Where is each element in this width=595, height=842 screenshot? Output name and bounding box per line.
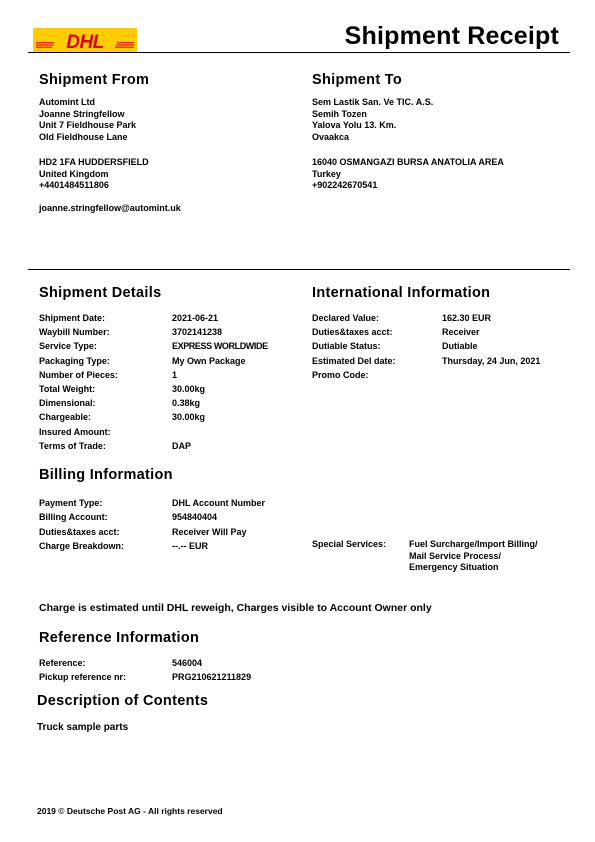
intl-label: Dutiable Status: (312, 339, 442, 353)
special-services-label: Special Services: (312, 539, 386, 551)
sender-address-line-2: Old Fieldhouse Lane (39, 132, 136, 144)
contents-description: Truck sample parts (37, 722, 128, 733)
shipment-details-table: Shipment Date:2021-06-21 Waybill Number:… (39, 311, 268, 453)
shipment-details-heading: Shipment Details (39, 285, 161, 301)
billing-account-value: 954840404 (172, 510, 265, 524)
detail-label: Insured Amount: (39, 425, 172, 439)
special-service-line: Fuel Surcharge/Import Billing/ (409, 539, 538, 551)
payment-type-value: DHL Account Number (172, 496, 265, 510)
pickup-reference-value: PRG210621211829 (172, 670, 251, 684)
estimated-delivery-date-value: Thursday, 24 Jun, 2021 (442, 354, 540, 368)
international-information-heading: International Information (312, 285, 490, 301)
shipment-from-heading: Shipment From (39, 72, 149, 88)
shipment-to-heading: Shipment To (312, 72, 402, 88)
reference-value: 546004 (172, 656, 251, 670)
reference-information-heading: Reference Information (39, 630, 199, 646)
shipment-from-city-block: HD2 1FA HUDDERSFIELD United Kingdom +440… (39, 157, 149, 192)
special-services-list: Fuel Surcharge/Import Billing/ Mail Serv… (409, 539, 538, 574)
special-service-line: Mail Service Process/ (409, 551, 538, 563)
reference-label: Pickup reference nr: (39, 670, 172, 684)
detail-label: Waybill Number: (39, 325, 172, 339)
billing-label: Billing Account: (39, 510, 172, 524)
intl-label: Promo Code: (312, 368, 442, 382)
dutiable-status-value: Dutiable (442, 339, 540, 353)
total-weight-value: 30.00kg (172, 382, 268, 396)
terms-of-trade-value: DAP (172, 439, 268, 453)
billing-label: Duties&taxes acct: (39, 525, 172, 539)
special-service-line: Emergency Situation (409, 562, 538, 574)
reference-information-table: Reference:546004 Pickup reference nr:PRG… (39, 656, 251, 684)
promo-code-value (442, 368, 540, 382)
dhl-logo-icon: DHL (33, 28, 137, 52)
intl-label: Duties&taxes acct: (312, 325, 442, 339)
charge-breakdown-value: --.-- EUR (172, 539, 265, 553)
receiver-postcode-city: 16040 OSMANGAZI BURSA ANATOLIA AREA (312, 157, 504, 169)
receiver-phone: +902242670541 (312, 180, 504, 192)
detail-label: Number of Pieces: (39, 368, 172, 382)
receiver-country: Turkey (312, 169, 504, 181)
billing-label: Payment Type: (39, 496, 172, 510)
section-divider (28, 269, 570, 270)
chargeable-value: 30.00kg (172, 410, 268, 424)
footer-copyright: 2019 © Deutsche Post AG - All rights res… (37, 806, 223, 816)
sender-phone: +4401484511806 (39, 180, 149, 192)
intl-label: Declared Value: (312, 311, 442, 325)
billing-information-heading: Billing Information (39, 467, 173, 483)
receiver-address-line-1: Yalova Yolu 13. Km. (312, 120, 433, 132)
reference-label: Reference: (39, 656, 172, 670)
detail-label: Chargeable: (39, 410, 172, 424)
billing-duties-taxes-value: Receiver Will Pay (172, 525, 265, 539)
shipment-to-address: Sem Lastik San. Ve TIC. A.S. Semih Tozen… (312, 97, 433, 143)
billing-label: Charge Breakdown: (39, 539, 172, 553)
duties-taxes-account-value: Receiver (442, 325, 540, 339)
header-divider (28, 52, 570, 53)
packaging-type-value: My Own Package (172, 354, 268, 368)
intl-label: Estimated Del date: (312, 354, 442, 368)
detail-label: Terms of Trade: (39, 439, 172, 453)
document-title: Shipment Receipt (345, 22, 559, 51)
sender-contact: Joanne Stringfellow (39, 109, 136, 121)
sender-company: Automint Ltd (39, 97, 136, 109)
sender-postcode-city: HD2 1FA HUDDERSFIELD (39, 157, 149, 169)
waybill-number-value: 3702141238 (172, 325, 268, 339)
dimensional-value: 0.38kg (172, 396, 268, 410)
charge-estimate-note: Charge is estimated until DHL reweigh, C… (39, 602, 432, 614)
insured-amount-value (172, 425, 268, 439)
detail-label: Packaging Type: (39, 354, 172, 368)
dhl-logo: DHL (33, 28, 137, 52)
shipment-from-address: Automint Ltd Joanne Stringfellow Unit 7 … (39, 97, 136, 143)
detail-label: Service Type: (39, 339, 172, 353)
service-type-value: EXPRESS WORLDWIDE (172, 339, 268, 353)
shipment-to-city-block: 16040 OSMANGAZI BURSA ANATOLIA AREA Turk… (312, 157, 504, 192)
svg-text:DHL: DHL (66, 32, 104, 52)
sender-email: joanne.stringfellow@automint.uk (39, 203, 181, 215)
description-of-contents-heading: Description of Contents (37, 693, 208, 709)
sender-address-line-1: Unit 7 Fieldhouse Park (39, 120, 136, 132)
detail-label: Dimensional: (39, 396, 172, 410)
declared-value: 162.30 EUR (442, 311, 540, 325)
detail-label: Total Weight: (39, 382, 172, 396)
sender-country: United Kingdom (39, 169, 149, 181)
receiver-company: Sem Lastik San. Ve TIC. A.S. (312, 97, 433, 109)
receiver-contact: Semih Tozen (312, 109, 433, 121)
billing-information-table: Payment Type:DHL Account Number Billing … (39, 496, 265, 553)
number-of-pieces-value: 1 (172, 368, 268, 382)
international-information-table: Declared Value:162.30 EUR Duties&taxes a… (312, 311, 540, 382)
shipment-date-value: 2021-06-21 (172, 311, 268, 325)
detail-label: Shipment Date: (39, 311, 172, 325)
receiver-address-line-2: Ovaakca (312, 132, 433, 144)
